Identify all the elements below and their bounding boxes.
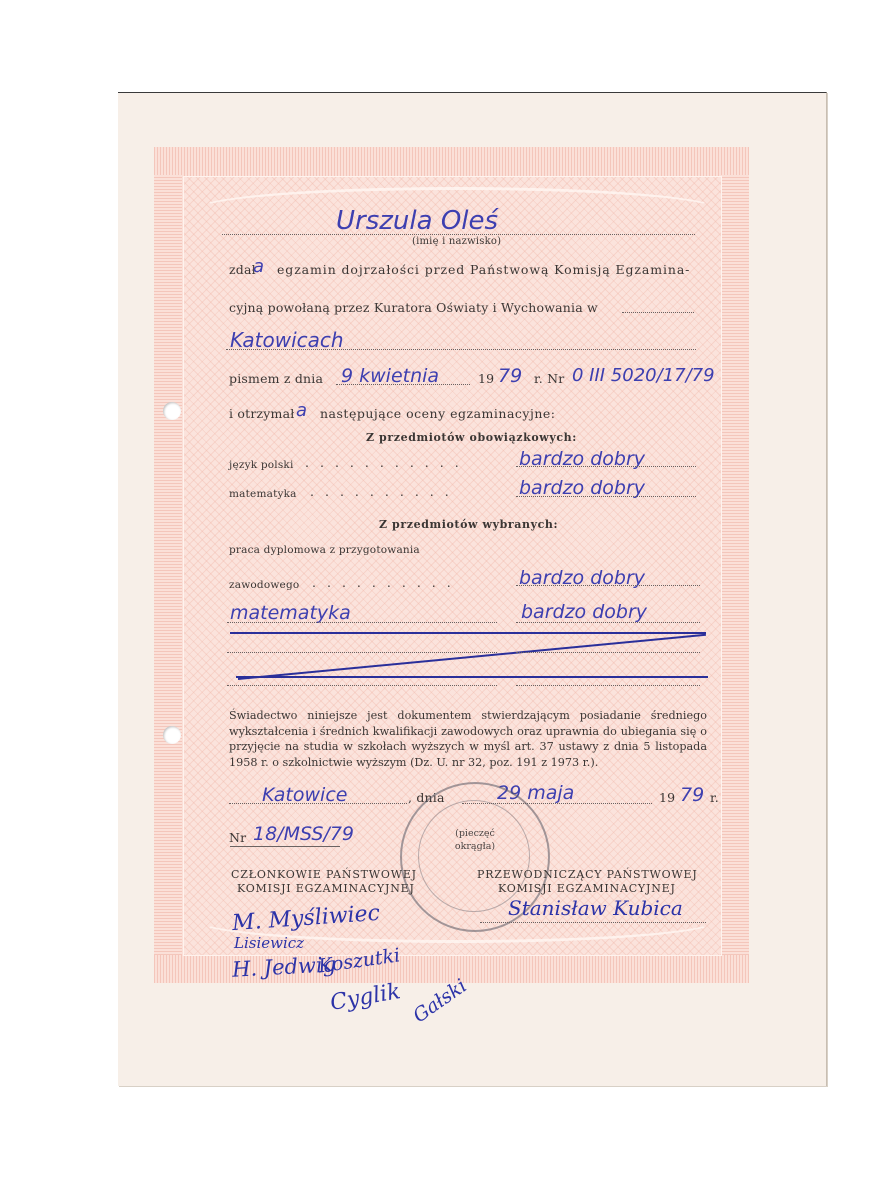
name-caption: (imię i nazwisko): [412, 236, 501, 247]
commission-text: cyjną powołaną przez Kuratora Oświaty i …: [229, 300, 598, 315]
chair-signature: Stanisław Kubica: [508, 896, 683, 920]
members-label-1: CZŁONKOWIE PAŃSTWOWEJ: [231, 868, 417, 881]
commission-dots: [622, 312, 694, 313]
issue-place-line: [229, 803, 407, 804]
grade-elective-line: [516, 622, 700, 623]
members-label-2: KOMISJI EGZAMINACYJNEJ: [237, 882, 415, 895]
city-line: [226, 349, 696, 350]
border-left-stripe: [154, 175, 182, 955]
stamp-caption-2: okrągła): [402, 841, 548, 852]
subject-elective-math: matematyka: [230, 602, 351, 624]
letter-date-line: [336, 384, 470, 385]
received-text: następujące oceny egzaminacyjne:: [320, 406, 556, 421]
legal-statement: Świadectwo niniejsze jest dokumentem stw…: [229, 708, 707, 770]
strike-line-top: [230, 632, 706, 634]
chair-label-2: KOMISJI EGZAMINACYJNEJ: [498, 882, 676, 895]
empty-subject-line: [227, 685, 497, 686]
letter-prefix: pismem z dnia: [229, 371, 323, 386]
leader-dots: ...........: [305, 455, 470, 470]
passed-prefix: zdał: [229, 262, 256, 277]
grade-vocational-line: [516, 585, 700, 586]
cert-number: 18/MSS/79: [253, 823, 354, 845]
elective-line1: praca dyplomowa z przygotowania: [229, 544, 420, 556]
subject-polish: język polski: [229, 459, 294, 471]
subject-vocational: zawodowego: [229, 579, 299, 591]
issue-year-prefix: 19: [659, 790, 675, 805]
subject-elective-line: [227, 622, 497, 623]
grade-math-line: [516, 496, 696, 497]
issue-year: 79: [680, 784, 704, 806]
mandatory-heading: Z przedmiotów obowiązkowych:: [366, 431, 577, 444]
cert-nr-prefix: Nr: [229, 830, 246, 845]
empty-subject-line: [227, 652, 497, 653]
grade-polish-line: [516, 466, 696, 467]
grade-elective-math: bardzo dobry: [521, 601, 647, 623]
punch-hole-bottom: [163, 726, 181, 744]
chair-signature-line: [480, 922, 706, 923]
letter-year: 79: [498, 365, 522, 387]
member-signature: Lisiewicz: [234, 934, 304, 952]
subject-math: matematyka: [229, 488, 297, 500]
chair-label-1: PRZEWODNICZĄCY PAŃSTWOWEJ: [477, 868, 698, 881]
letter-nr-prefix: r. Nr: [534, 371, 564, 386]
leader-dots: ..........: [312, 575, 462, 590]
punch-hole-top: [163, 402, 181, 420]
received-prefix: i otrzymał: [229, 406, 295, 421]
elective-heading: Z przedmiotów wybranych:: [379, 518, 558, 531]
empty-grade-line: [516, 685, 700, 686]
letter-number: 0 III 5020/17/79: [572, 365, 715, 386]
student-name: Urszula Oleś: [336, 206, 498, 236]
cert-number-line: [230, 846, 340, 847]
gender-suffix-2: a: [296, 400, 307, 421]
border-right-stripe: [721, 175, 749, 955]
passed-text: egzamin dojrzałości przed Państwową Komi…: [277, 262, 690, 277]
issue-year-suffix: r.: [710, 790, 719, 805]
gender-suffix-1: a: [253, 256, 264, 277]
strike-line-bottom: [236, 676, 708, 678]
letter-year-prefix: 19: [478, 371, 494, 386]
empty-grade-line: [516, 652, 700, 653]
leader-dots: ..........: [310, 484, 460, 499]
stamp-caption-1: (pieczęć: [402, 828, 548, 839]
